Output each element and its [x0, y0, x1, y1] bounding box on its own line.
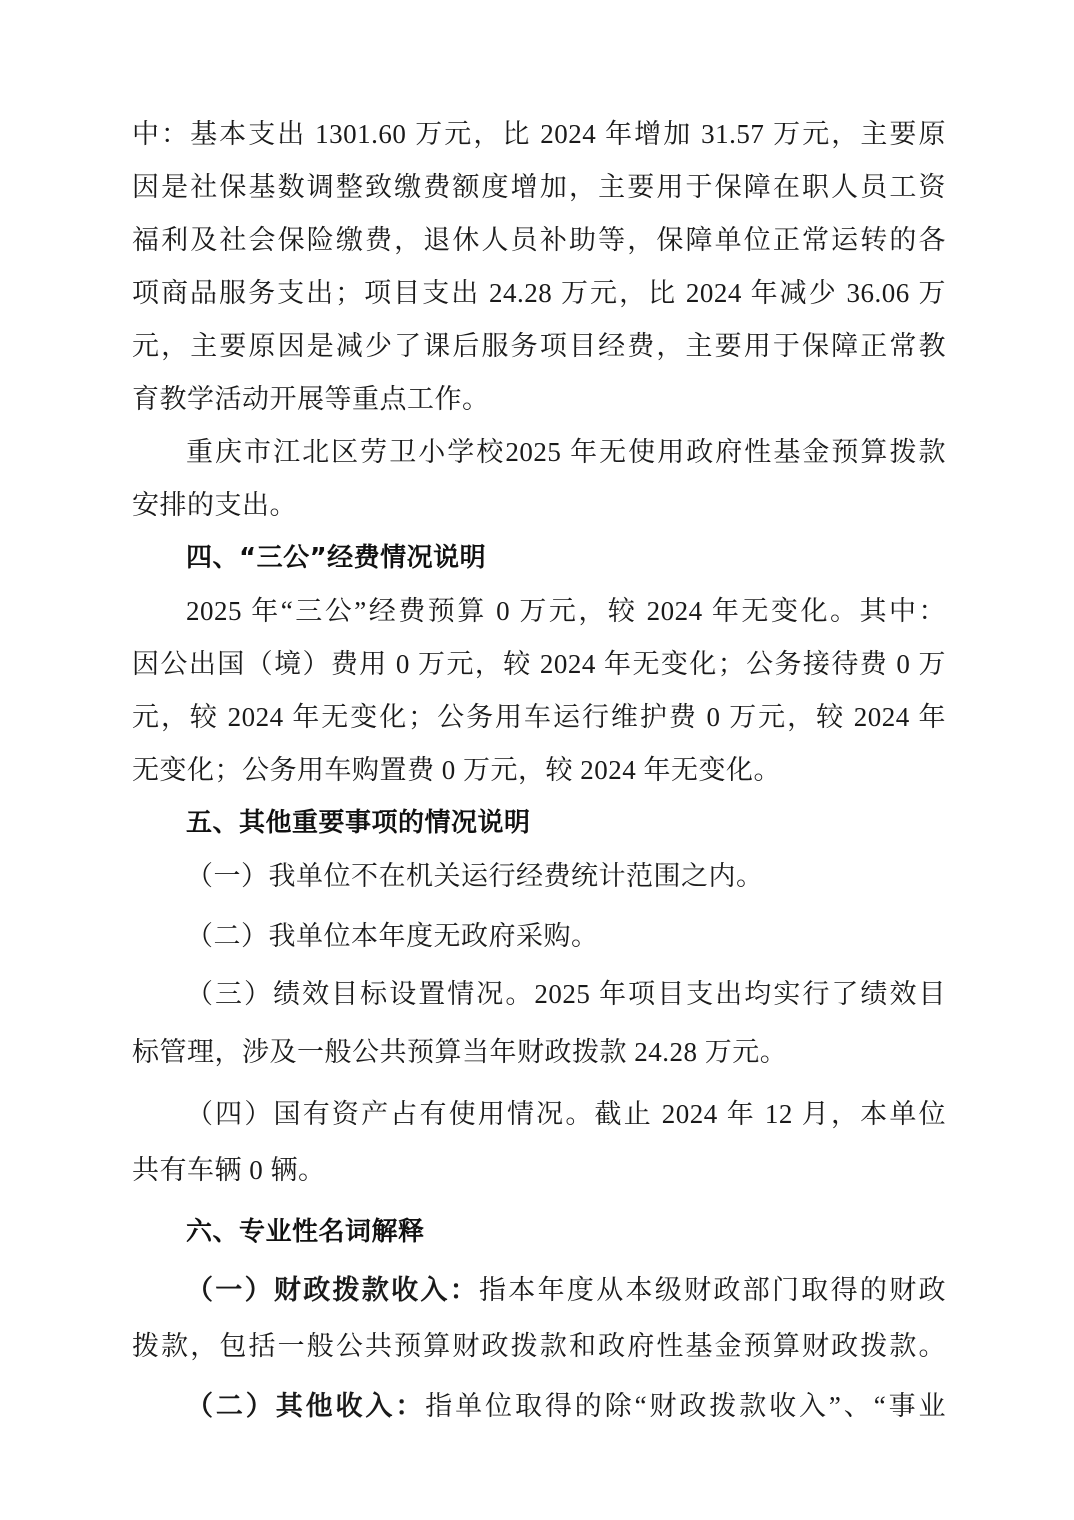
section-heading-other-matters: 五、其他重要事项的情况说明 [132, 797, 946, 850]
section-heading-three-public-expenses: 四、“三公”经费情况说明 [132, 532, 946, 585]
term-definition: （一）财政拨款收入：指本年度从本级财政部门取得的财政 [132, 1264, 946, 1317]
text-line: 元，主要原因是减少了课后服务项目经费，主要用于保障正常教 [132, 320, 946, 373]
text-line: 因是社保基数调整致缴费额度增加，主要用于保障在职人员工资 [132, 161, 946, 214]
text-line: 无变化；公务用车购置费 0 万元，较 2024 年无变化。 [132, 744, 946, 797]
text-line: 重庆市江北区劳卫小学校2025 年无使用政府性基金预算拨款 [132, 426, 946, 479]
text-line: 因公出国（境）费用 0 万元，较 2024 年无变化；公务接待费 0 万 [132, 638, 946, 691]
list-item: （三）绩效目标设置情况。2025 年项目支出均实行了绩效目 [132, 968, 946, 1021]
list-item: （二）我单位本年度无政府采购。 [132, 910, 946, 963]
term-text: 指单位取得的除“财政拨款收入”、“事业 [425, 1391, 946, 1421]
term-definition: （二）其他收入：指单位取得的除“财政拨款收入”、“事业 [132, 1380, 946, 1433]
text-line: 拨款，包括一般公共预算财政拨款和政府性基金预算财政拨款。 [132, 1320, 946, 1373]
text-line: 中：基本支出 1301.60 万元，比 2024 年增加 31.57 万元，主要… [132, 108, 946, 161]
text-line: 安排的支出。 [132, 479, 946, 532]
term-label: （二）其他收入： [186, 1391, 425, 1421]
text-line: 标管理，涉及一般公共预算当年财政拨款 24.28 万元。 [132, 1026, 946, 1079]
list-item: （一）我单位不在机关运行经费统计范围之内。 [132, 850, 946, 903]
text-line: 项商品服务支出；项目支出 24.28 万元，比 2024 年减少 36.06 万 [132, 267, 946, 320]
section-heading-terminology: 六、专业性名词解释 [132, 1206, 946, 1259]
text-line: 元，较 2024 年无变化；公务用车运行维护费 0 万元，较 2024 年 [132, 691, 946, 744]
text-line: 育教学活动开展等重点工作。 [132, 373, 946, 426]
text-line: 2025 年“三公”经费预算 0 万元，较 2024 年无变化。其中： [132, 585, 946, 638]
list-item: （四）国有资产占有使用情况。截止 2024 年 12 月，本单位 [132, 1088, 946, 1141]
term-label: （一）财政拨款收入： [186, 1275, 479, 1305]
text-line: 福利及社会保险缴费，退休人员补助等，保障单位正常运转的各 [132, 214, 946, 267]
text-line: 共有车辆 0 辆。 [132, 1144, 946, 1197]
term-text: 指本年度从本级财政部门取得的财政 [479, 1275, 946, 1305]
